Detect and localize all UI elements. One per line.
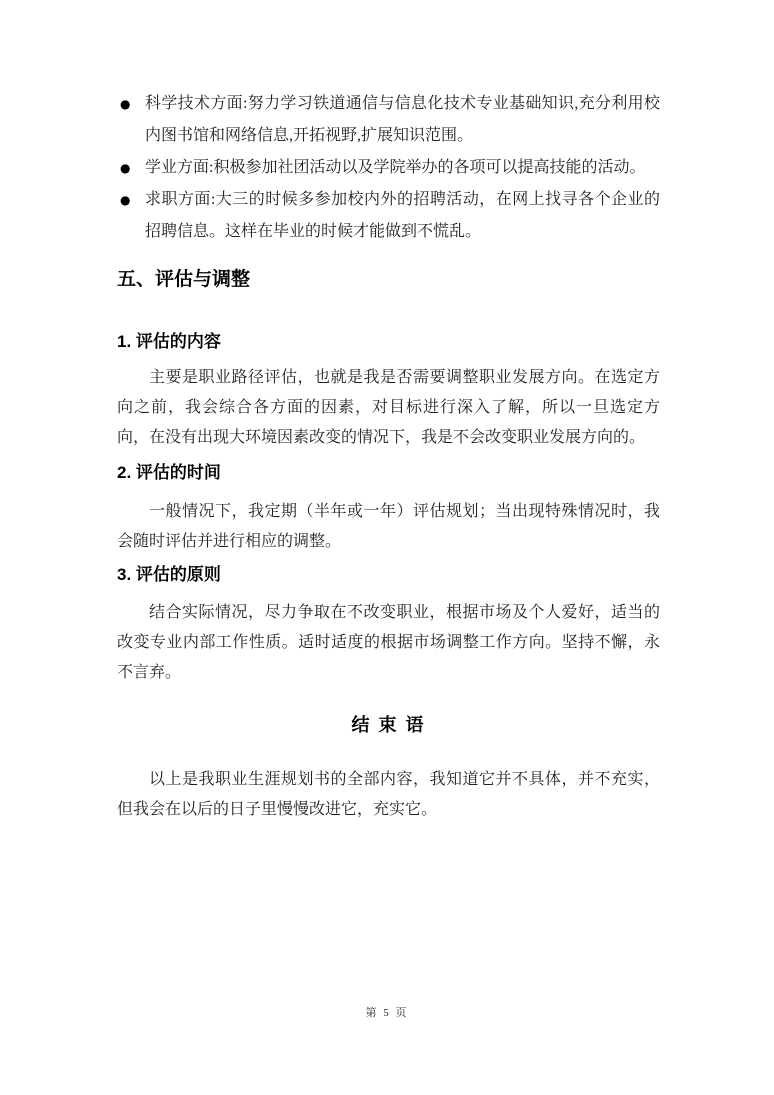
subsection-principle: 3. 评估的原则 结合实际情况，尽力争取在不改变职业，根据市场及个人爱好，适当的… bbox=[117, 562, 660, 688]
paragraph-content: 主要是职业路径评估，也就是我是否需要调整职业发展方向。在选定方向之前，我会综合各… bbox=[117, 363, 660, 453]
subsection-heading-time: 2. 评估的时间 bbox=[117, 460, 660, 486]
paragraph-principle: 结合实际情况，尽力争取在不改变职业，根据市场及个人爱好，适当的改变专业内部工作性… bbox=[117, 598, 660, 688]
bullet-icon: ● bbox=[117, 152, 145, 184]
bullet-icon: ● bbox=[117, 184, 145, 216]
page-number: 第 5 页 bbox=[0, 1004, 774, 1020]
subsection-heading-principle: 3. 评估的原则 bbox=[117, 562, 660, 588]
bullet-icon: ● bbox=[117, 88, 145, 120]
subsection-heading-content: 1. 评估的内容 bbox=[117, 329, 660, 355]
list-item-text: 科学技术方面:努力学习铁道通信与信息化技术专业基础知识,充分利用校内图书馆和网络… bbox=[145, 88, 660, 152]
bullet-list: ● 科学技术方面:努力学习铁道通信与信息化技术专业基础知识,充分利用校内图书馆和… bbox=[117, 88, 660, 248]
list-item: ● 科学技术方面:努力学习铁道通信与信息化技术专业基础知识,充分利用校内图书馆和… bbox=[117, 88, 660, 152]
document-page: ● 科学技术方面:努力学习铁道通信与信息化技术专业基础知识,充分利用校内图书馆和… bbox=[0, 0, 774, 1095]
list-item-text: 学业方面:积极参加社团活动以及学院举办的各项可以提高技能的活动。 bbox=[145, 152, 660, 184]
conclusion-paragraph: 以上是我职业生涯规划书的全部内容，我知道它并不具体，并不充实，但我会在以后的日子… bbox=[117, 765, 660, 825]
section-heading: 五、评估与调整 bbox=[117, 266, 660, 294]
conclusion-heading: 结 束 语 bbox=[117, 711, 660, 739]
subsection-time: 2. 评估的时间 一般情况下，我定期（半年或一年）评估规划；当出现特殊情况时，我… bbox=[117, 460, 660, 557]
list-item: ● 求职方面:大三的时候多参加校内外的招聘活动，在网上找寻各个企业的招聘信息。这… bbox=[117, 184, 660, 248]
list-item: ● 学业方面:积极参加社团活动以及学院举办的各项可以提高技能的活动。 bbox=[117, 152, 660, 184]
list-item-text: 求职方面:大三的时候多参加校内外的招聘活动，在网上找寻各个企业的招聘信息。这样在… bbox=[145, 184, 660, 248]
subsection-content: 1. 评估的内容 主要是职业路径评估，也就是我是否需要调整职业发展方向。在选定方… bbox=[117, 329, 660, 453]
paragraph-time: 一般情况下，我定期（半年或一年）评估规划；当出现特殊情况时，我会随时评估并进行相… bbox=[117, 497, 660, 557]
